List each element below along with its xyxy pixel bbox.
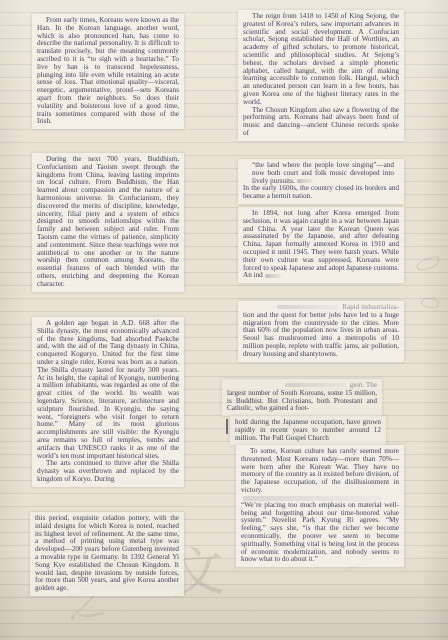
news-clipping-japanese-occupation: In 1894, not long after Korea emerged fr… <box>238 207 404 283</box>
cutoff-line: gion. The <box>227 382 377 390</box>
paragraph-text: The reign from 1418 to 1450 of King Sejo… <box>243 13 399 107</box>
news-clipping-celadon-chosun: this period, exquisite celadon pottery, … <box>30 512 184 596</box>
paragraph-text: To some, Korean culture has rarely seeme… <box>241 448 399 495</box>
news-clipping-700-years: During the next 700 years, Buddhism, Con… <box>32 153 184 292</box>
news-clipping-golden-age: A golden age began in A.D. 668 after the… <box>32 317 184 487</box>
paragraph-text: tion and the quest for better jobs have … <box>243 312 399 359</box>
paragraph-text: A golden age began in A.D. 668 after the… <box>37 320 179 460</box>
faded-smudge <box>243 496 382 501</box>
cutoff-line-text: gion. The <box>350 382 377 389</box>
paragraph-text: In 1894, not long after Korea emerged fr… <box>243 209 399 279</box>
paragraph-text: In 1894, not long after Korea emerged fr… <box>243 210 399 280</box>
cutoff-line-text: Rapid industrializa- <box>342 304 399 311</box>
paragraph-text: largest number of South Koreans, some 15… <box>227 390 377 413</box>
paragraph-text: The Chosun Kingdom also saw a flowering … <box>243 107 399 138</box>
news-clipping-king-sejong: The reign from 1418 to 1450 of King Sejo… <box>238 10 404 141</box>
quote-text: “the land where the people love singing”… <box>252 161 394 185</box>
news-clipping-industrialization: Rapid industrializa- tion and the quest … <box>238 301 404 362</box>
news-clipping-culture-threatened: To some, Korean culture has rarely seeme… <box>236 445 404 567</box>
faded-smudge <box>265 274 281 278</box>
news-clipping-christians: hold during the Japanese occupation, hav… <box>230 416 386 445</box>
faded-smudge <box>277 305 339 309</box>
paragraph-text: From early times, Koreans were known as … <box>37 17 179 126</box>
paragraph-text: this period, exquisite celadon pottery, … <box>35 515 179 593</box>
news-clipping-religion: gion. The largest number of South Korean… <box>222 379 382 416</box>
faded-smudge <box>297 179 313 183</box>
pen-mark <box>226 419 228 434</box>
paragraph-text: hold during the Japanese occupation, hav… <box>235 419 381 442</box>
cutoff-line: Rapid industrializa- <box>243 304 399 312</box>
faded-smudge <box>285 383 347 387</box>
paragraph-text: The arts continued to thrive after the S… <box>37 460 179 483</box>
paragraph-text: “We’re placing too much emphasis on mate… <box>241 502 399 564</box>
block-quote: “the land where the people love singing”… <box>252 162 394 185</box>
paragraph-text: In the early 1600s, the country closed i… <box>243 185 399 201</box>
news-clipping-han-intro: From early times, Koreans were known as … <box>32 14 184 129</box>
paragraph-text: During the next 700 years, Buddhism, Con… <box>37 156 179 289</box>
news-clipping-singing-quote: “the land where the people love singing”… <box>238 159 404 204</box>
